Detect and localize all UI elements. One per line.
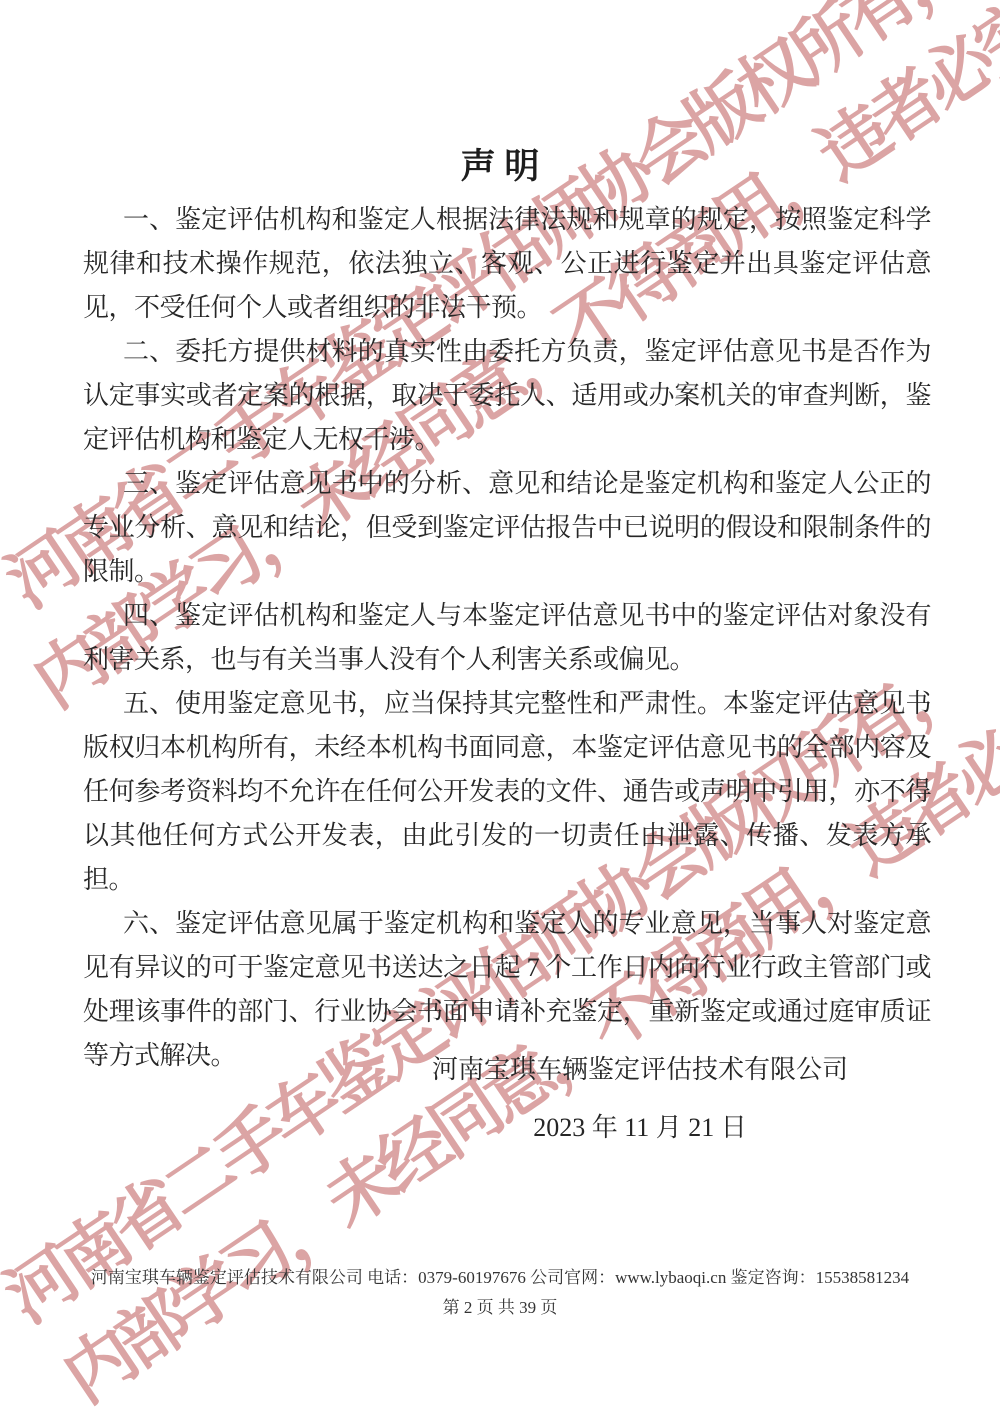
paragraph-3: 三、鉴定评估意见书中的分析、意见和结论是鉴定机构和鉴定人公正的专业分析、意见和结… xyxy=(83,462,931,594)
page-title: 声 明 xyxy=(0,147,1000,187)
paragraph-2: 二、委托方提供材料的真实性由委托方负责，鉴定评估意见书是否作为认定事实或者定案的… xyxy=(83,330,931,462)
declaration-page: 河南省二手车鉴定评估师协会版权所有， 内部学习，未经同意，不得商用，违者必究 河… xyxy=(0,0,1000,1414)
paragraph-5: 五、使用鉴定意见书，应当保持其完整性和严肃性。本鉴定评估意见书版权归本机构所有，… xyxy=(83,682,931,902)
paragraph-6: 六、鉴定评估意见属于鉴定机构和鉴定人的专业意见，当事人对鉴定意见有异议的可于鉴定… xyxy=(83,902,931,1078)
footer-contact-line: 河南宝琪车辆鉴定评估技术有限公司 电话：0379-60197676 公司官网：w… xyxy=(0,1266,1000,1290)
signature-date: 2023 年 11 月 21 日 xyxy=(280,1112,1000,1144)
paragraph-1: 一、鉴定评估机构和鉴定人根据法律法规和规章的规定，按照鉴定科学规律和技术操作规范… xyxy=(83,198,931,330)
footer-page-number: 第 2 页 共 39 页 xyxy=(0,1296,1000,1320)
signature-company: 河南宝琪车辆鉴定评估技术有限公司 xyxy=(280,1054,1000,1086)
paragraph-4: 四、鉴定评估机构和鉴定人与本鉴定评估意见书中的鉴定评估对象没有利害关系，也与有关… xyxy=(83,594,931,682)
declaration-body: 一、鉴定评估机构和鉴定人根据法律法规和规章的规定，按照鉴定科学规律和技术操作规范… xyxy=(83,198,931,1078)
